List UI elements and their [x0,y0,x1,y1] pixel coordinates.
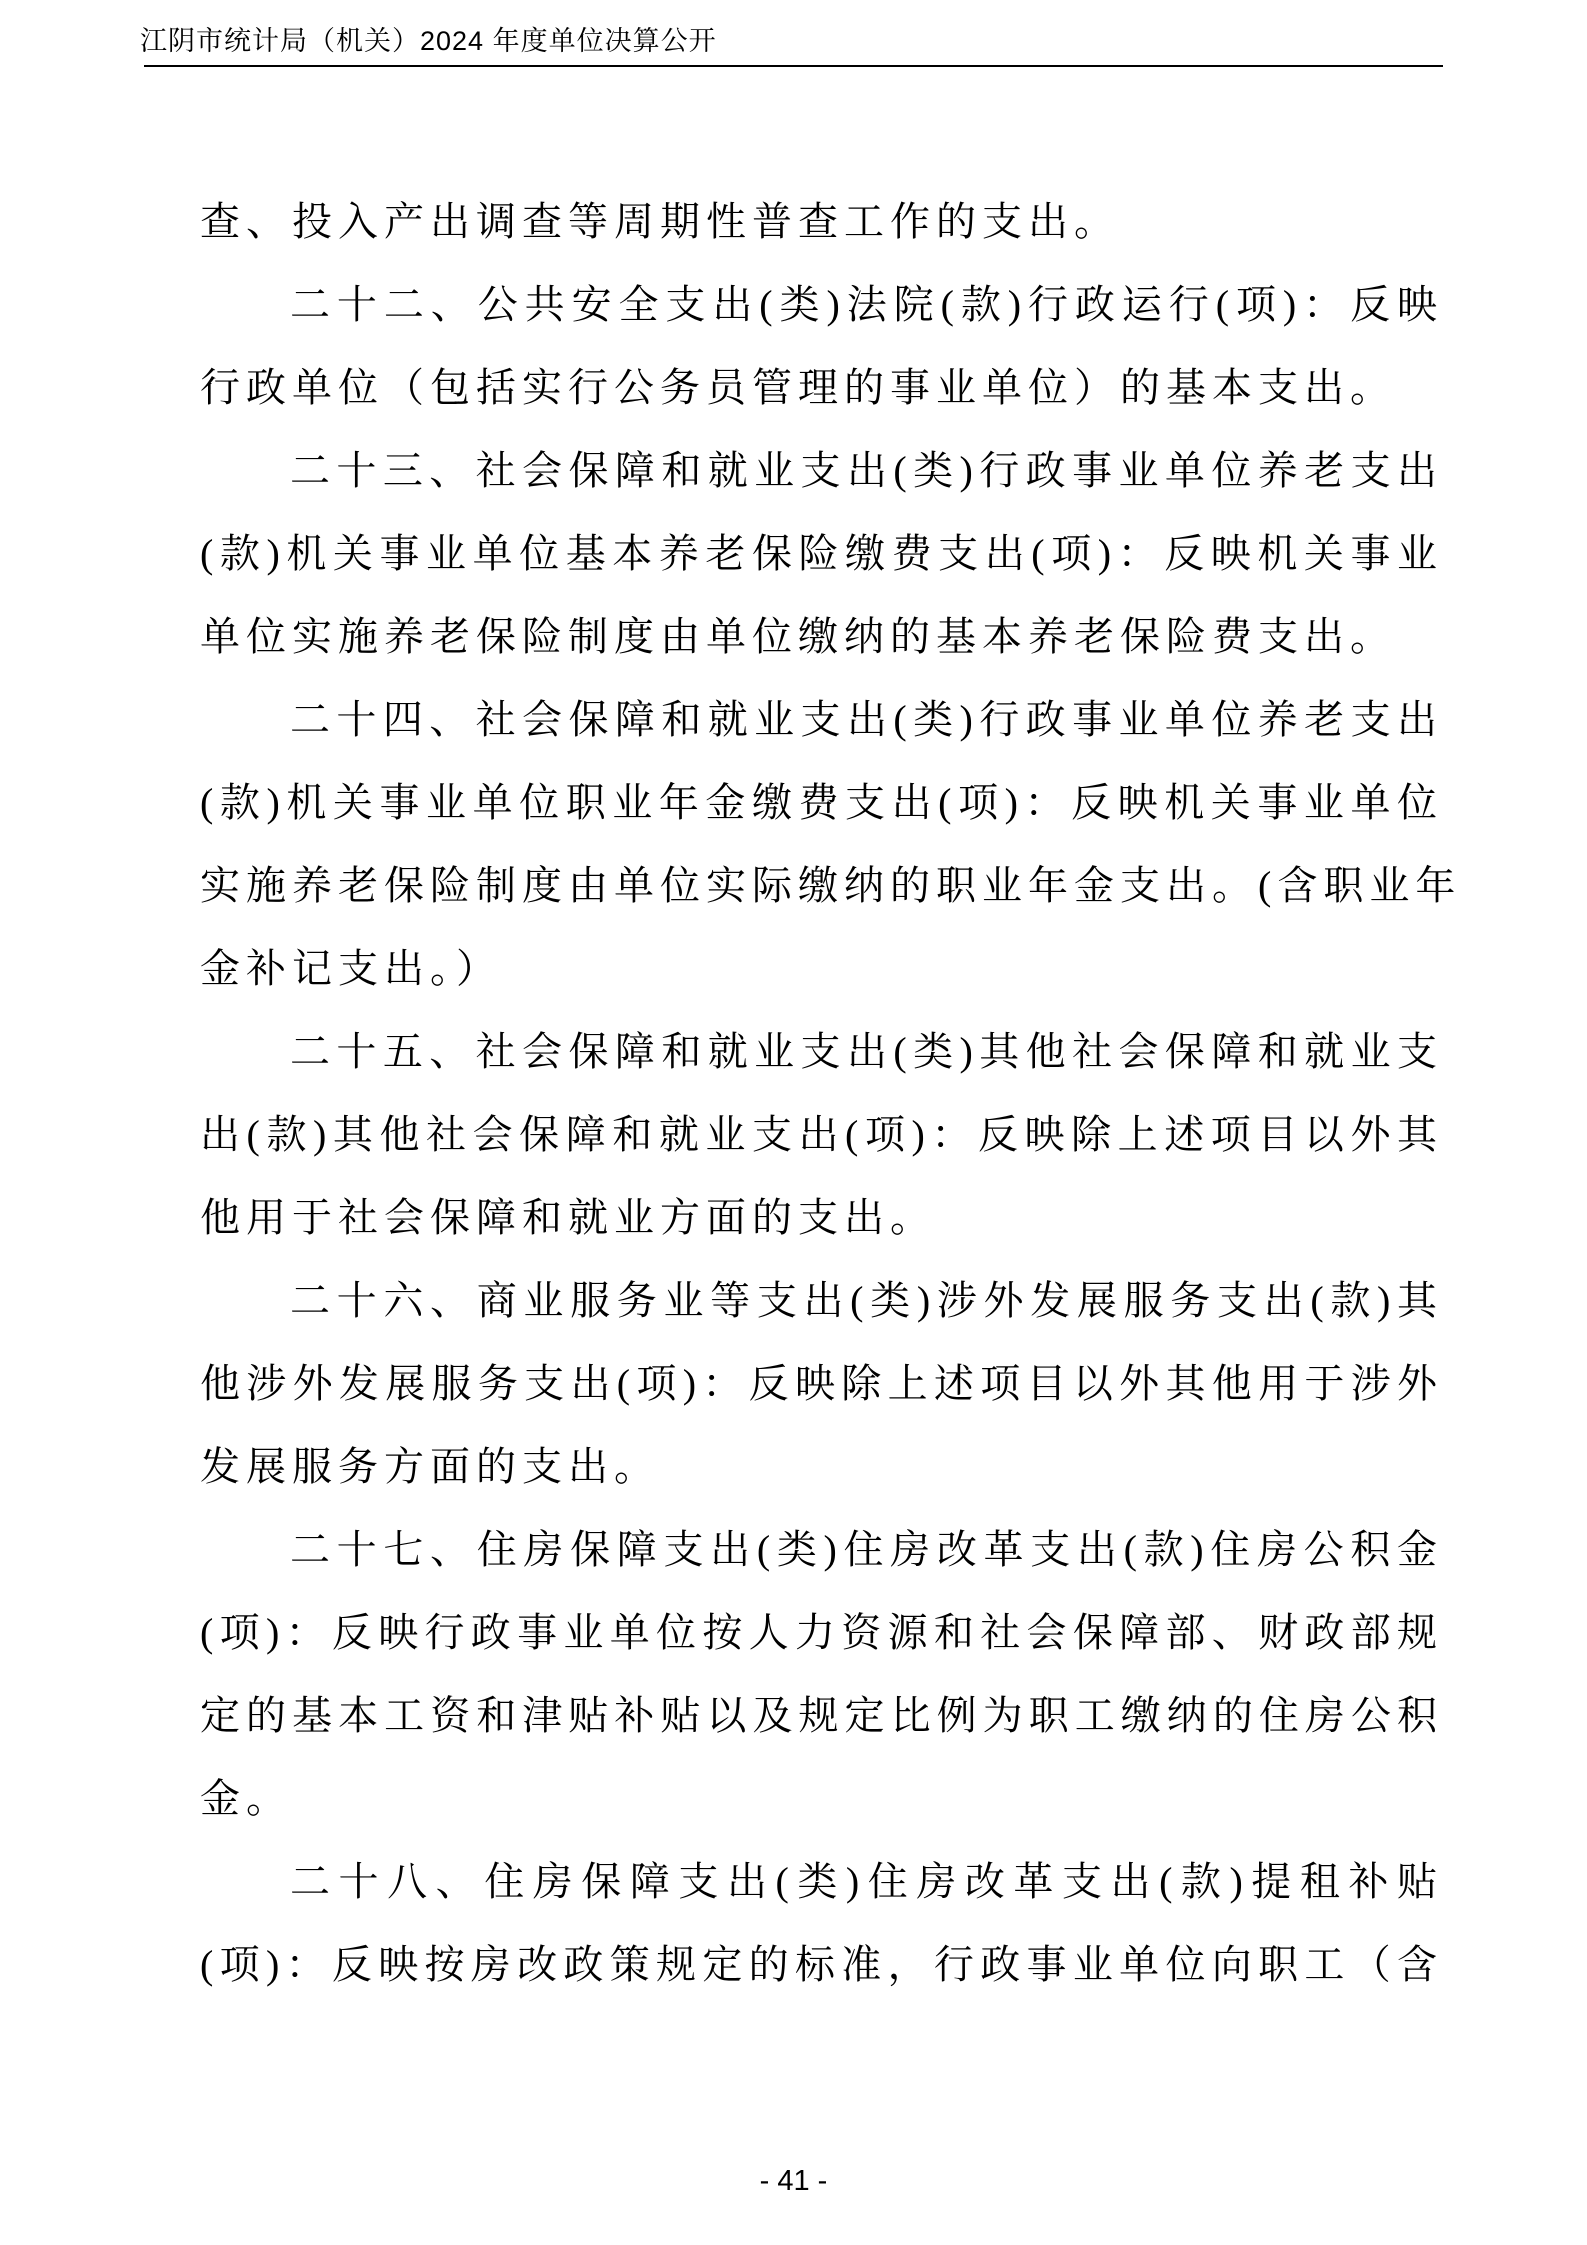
text-line: (款)机关事业单位基本养老保险缴费支出(项)：反映机关事业 [200,512,1443,595]
text-line: 金。 [200,1757,1443,1840]
text-line: 发展服务方面的支出。 [200,1425,1443,1508]
document-body: 查、投入产出调查等周期性普查工作的支出。 二十二、公共安全支出(类)法院(款)行… [200,180,1443,2006]
text-line: 二十五、社会保障和就业支出(类)其他社会保障和就业支 [200,1010,1443,1093]
text-line: 他涉外发展服务支出(项)：反映除上述项目以外其他用于涉外 [200,1342,1443,1425]
text-line: 定的基本工资和津贴补贴以及规定比例为职工缴纳的住房公积 [200,1674,1443,1757]
header-divider [144,65,1443,67]
text-line: 行政单位（包括实行公务员管理的事业单位）的基本支出。 [200,346,1443,429]
text-line: 二十四、社会保障和就业支出(类)行政事业单位养老支出 [200,678,1443,761]
page-header-title: 江阴市统计局（机关）2024 年度单位决算公开 [140,24,1443,58]
document-page: 江阴市统计局（机关）2024 年度单位决算公开 查、投入产出调查等周期性普查工作… [0,0,1587,2245]
text-line: 单位实施养老保险制度由单位缴纳的基本养老保险费支出。 [200,595,1443,678]
text-line: 二十三、社会保障和就业支出(类)行政事业单位养老支出 [200,429,1443,512]
text-line: 出(款)其他社会保障和就业支出(项)：反映除上述项目以外其 [200,1093,1443,1176]
text-line: 二十七、住房保障支出(类)住房改革支出(款)住房公积金 [200,1508,1443,1591]
text-line: (项)：反映按房改政策规定的标准，行政事业单位向职工（含 [200,1923,1443,2006]
text-line: 二十六、商业服务业等支出(类)涉外发展服务支出(款)其 [200,1259,1443,1342]
text-line: 查、投入产出调查等周期性普查工作的支出。 [200,180,1443,263]
text-line: (项)：反映行政事业单位按人力资源和社会保障部、财政部规 [200,1591,1443,1674]
text-line: (款)机关事业单位职业年金缴费支出(项)：反映机关事业单位 [200,761,1443,844]
text-line: 二十八、住房保障支出(类)住房改革支出(款)提租补贴 [200,1840,1443,1923]
text-line: 金补记支出。） [200,927,1443,1010]
text-line: 二十二、公共安全支出(类)法院(款)行政运行(项)：反映 [200,263,1443,346]
text-line: 实施养老保险制度由单位实际缴纳的职业年金支出。(含职业年 [200,844,1443,927]
text-line: 他用于社会保障和就业方面的支出。 [200,1176,1443,1259]
page-number: - 41 - [0,2163,1587,2199]
